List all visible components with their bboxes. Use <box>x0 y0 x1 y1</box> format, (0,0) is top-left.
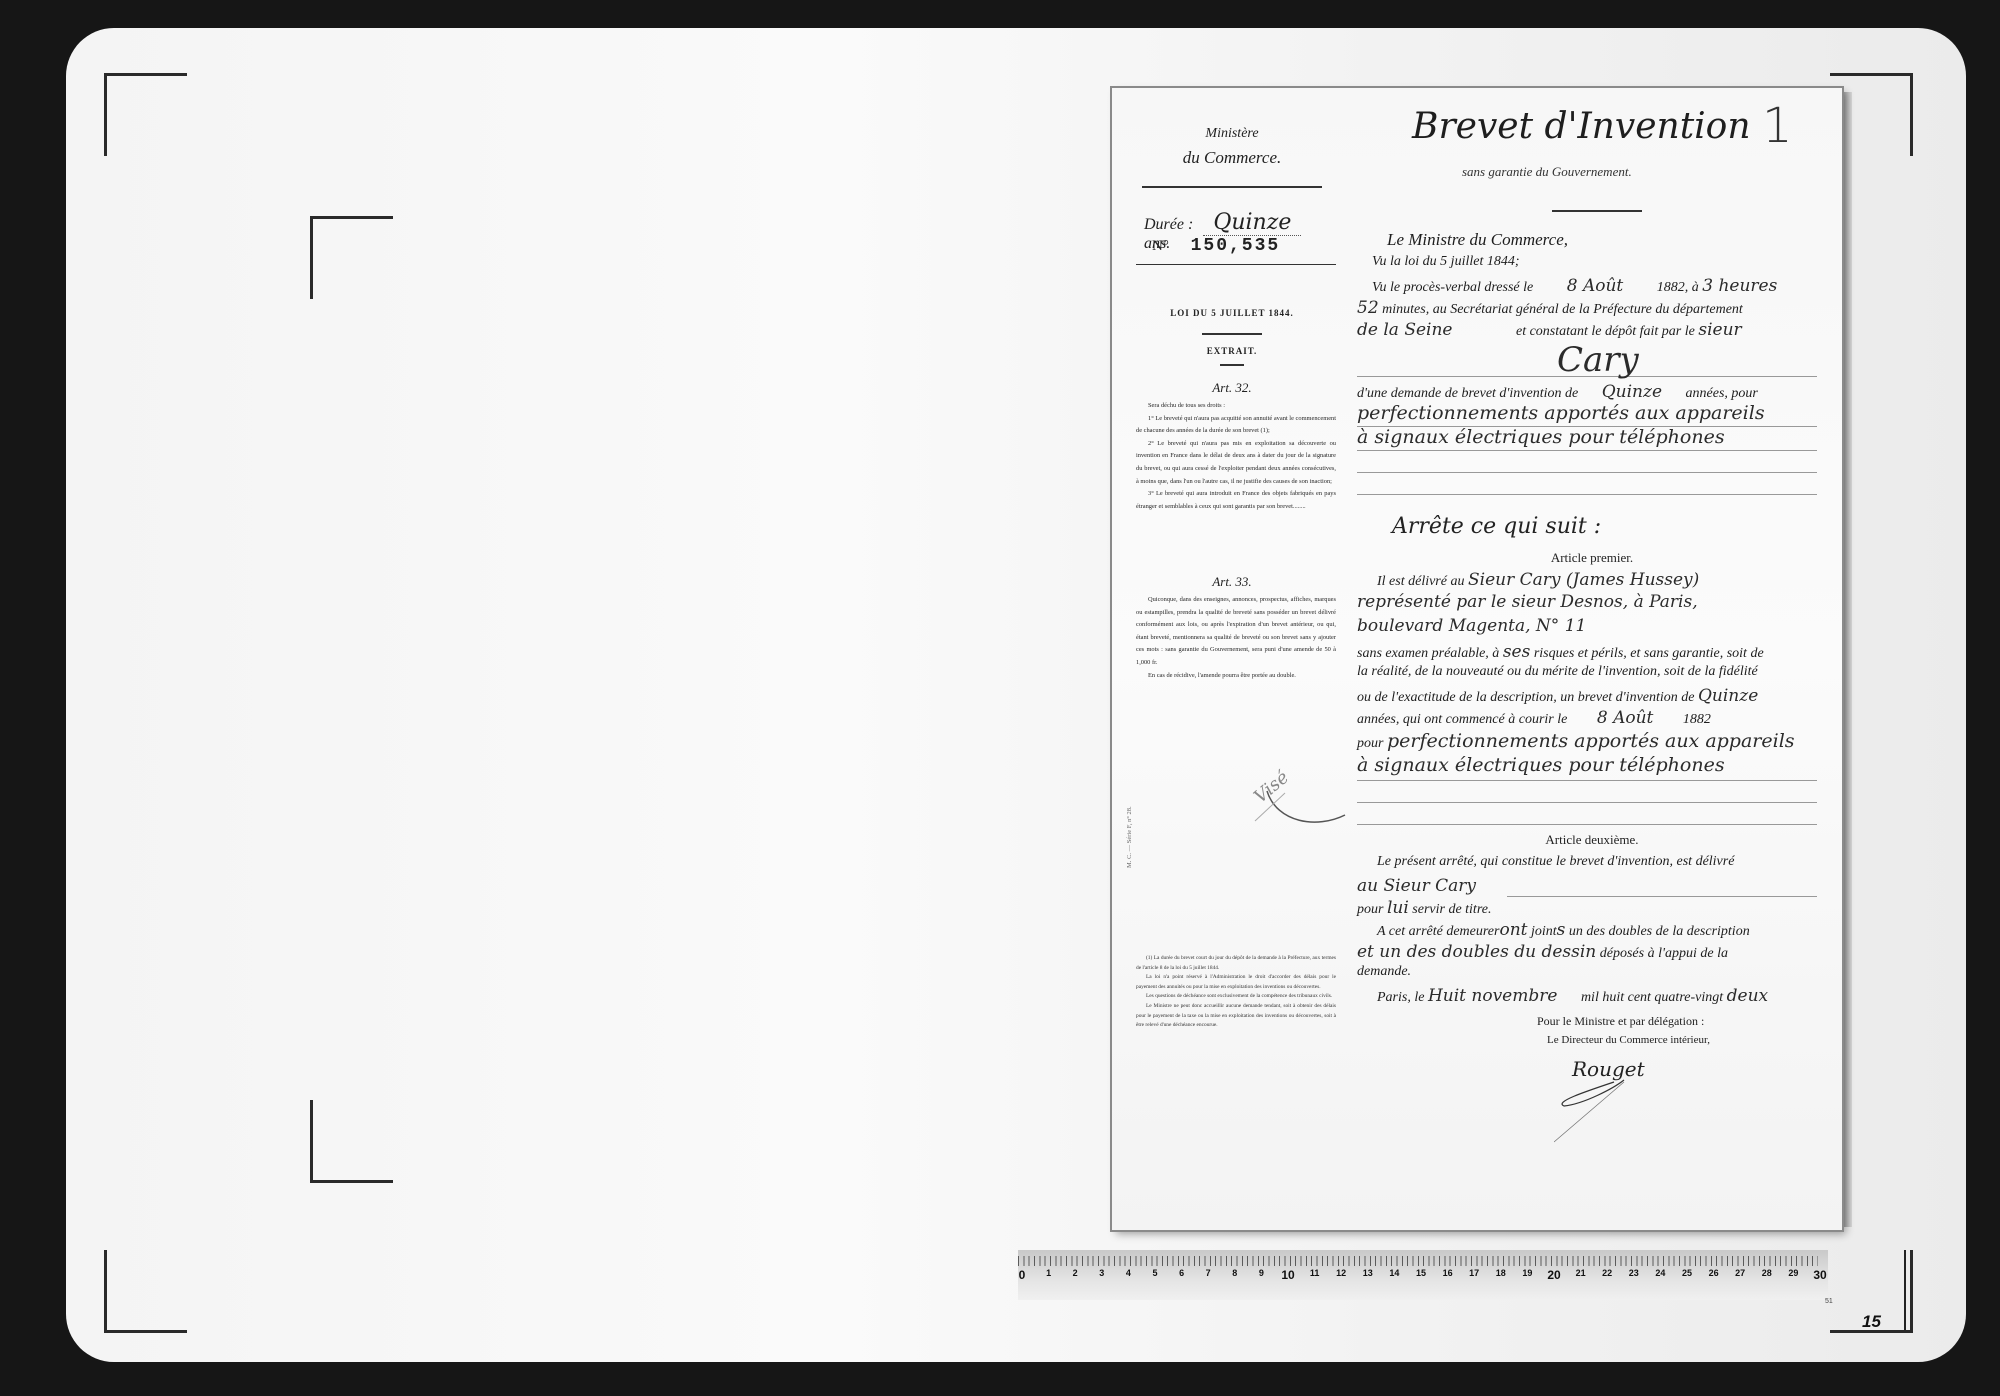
art1-beneficiary-line: Il est délivré au Sieur Cary (James Huss… <box>1377 570 1847 590</box>
art1-text-line2: la réalité, de la nouveauté ou du mérite… <box>1357 664 1827 680</box>
rule-line <box>1357 824 1817 825</box>
art1-duration: Quinze <box>1698 686 1758 706</box>
folio-number: 1 <box>1762 98 1793 154</box>
divider <box>1552 210 1642 212</box>
annex-line2: et un des doubles du dessin déposés à l'… <box>1357 942 1827 962</box>
art1-text-line3: ou de l'exactitude de la description, un… <box>1357 686 1827 706</box>
ministry-line2: du Commerce. <box>1132 148 1332 168</box>
article-32-text: Sera déchu de tous ses droits : 1° Le br… <box>1136 400 1336 513</box>
divider <box>1202 333 1262 335</box>
article-33-title: Art. 33. <box>1132 574 1332 590</box>
annex-line1: A cet arrêté demeureront joints un des d… <box>1377 920 1847 940</box>
issue-year: deux <box>1727 986 1768 1006</box>
invention-title-line1: perfectionnements apportés aux appareils <box>1357 402 1827 424</box>
art2-beneficiary: au Sieur Cary <box>1357 876 1827 896</box>
edge-line <box>1904 1250 1906 1330</box>
art1-invention-line1: pour perfectionnements apportés aux appa… <box>1357 730 1827 752</box>
demande-duration: Quinze <box>1582 382 1682 402</box>
rule-line <box>1507 896 1817 897</box>
pv-date: 8 Août <box>1537 276 1654 296</box>
patent-document: Ministère du Commerce. Durée : Quinze an… <box>1112 88 1842 1230</box>
crop-mark-bottom-left-inner <box>310 1100 393 1183</box>
pv-minutes: 52 <box>1357 298 1379 318</box>
stamp-mark: Visé <box>1237 763 1347 833</box>
art1-invention-line2: à signaux électriques pour téléphones <box>1357 754 1827 776</box>
article-1-title: Article premier. <box>1357 550 1827 566</box>
annex-line3: demande. <box>1357 964 1827 980</box>
rule-line <box>1357 802 1817 803</box>
delegation-line: Pour le Ministre et par délégation : <box>1537 1014 2000 1029</box>
crop-mark-top-left-inner <box>310 216 393 299</box>
divider <box>1220 364 1244 366</box>
art1-text-line1: sans examen préalable, à ses risques et … <box>1357 642 1827 662</box>
invention-title-line2: à signaux électriques pour téléphones <box>1357 426 1827 448</box>
rule-line <box>1357 472 1817 473</box>
svg-text:Rouget: Rouget <box>1571 1057 1646 1081</box>
law-reference: Vu la loi du 5 juillet 1844; <box>1372 254 1842 270</box>
signature: Rouget <box>1554 1046 1674 1146</box>
article-2-title: Article deuxième. <box>1357 832 1827 848</box>
article-32-title: Art. 32. <box>1132 380 1332 396</box>
crop-mark-top-left-outer <box>104 73 187 156</box>
art2-text: Le présent arrêté, qui constitue le brev… <box>1377 854 1847 870</box>
page-number: 15 <box>1862 1312 1881 1332</box>
demande-line: d'une demande de brevet d'invention de Q… <box>1357 382 1827 402</box>
article-33-text: Quiconque, dans des enseignes, annonces,… <box>1136 594 1336 682</box>
date-line: Paris, le Huit novembre mil huit cent qu… <box>1377 986 1847 1006</box>
sheet-edge <box>1842 92 1852 1227</box>
ruler-ticks <box>1018 1256 1818 1266</box>
crop-mark-bottom-left-outer <box>104 1250 187 1333</box>
art1-beneficiary: Sieur Cary (James Hussey) <box>1468 570 1699 590</box>
document-title: Brevet d'Invention <box>1412 106 1751 147</box>
issue-date: Huit novembre <box>1428 986 1577 1006</box>
art1-representative: représenté par le sieur Desnos, à Paris, <box>1357 592 1827 612</box>
department-value: de la Seine <box>1357 320 1512 340</box>
patent-number: N° 150,535 <box>1152 236 1342 256</box>
ruler-labels: 0 1 2 3 4 5 6 7 8 9 10 11 12 13 14 15 16… <box>1018 1268 1828 1284</box>
law-title: LOI DU 5 JUILLET 1844. <box>1132 308 1332 318</box>
arrete-heading: Arrête ce qui suit : <box>1392 514 1601 539</box>
pv-hour: 3 heures <box>1702 276 1777 296</box>
ministry-line1: Ministère <box>1132 126 1332 142</box>
divider <box>1142 186 1322 188</box>
measurement-ruler: 0 1 2 3 4 5 6 7 8 9 10 11 12 13 14 15 16… <box>1018 1250 1828 1300</box>
duration-value: Quinze <box>1203 210 1301 236</box>
footnotes: (1) La durée du brevet court du jour du … <box>1136 954 1336 1031</box>
extract-title: EXTRAIT. <box>1132 346 1332 356</box>
form-code: M. C. — Série F, n° 28. <box>1126 806 1133 868</box>
document-subtitle: sans garantie du Gouvernement. <box>1462 164 1632 180</box>
art2-titre-line: pour lui servir de titre. <box>1357 898 1827 918</box>
patent-number-value: 150,535 <box>1191 236 1281 256</box>
rule-line <box>1357 780 1817 781</box>
art1-start-line: années, qui ont commencé à courir le 8 A… <box>1357 708 1827 728</box>
minister-line: Le Ministre du Commerce, <box>1387 230 1857 250</box>
ruler-mark: 51 <box>1825 1298 1833 1305</box>
director-line: Le Directeur du Commerce intérieur, <box>1547 1034 2000 1046</box>
department-line: de la Seine et constatant le dépôt fait … <box>1357 320 1827 340</box>
art1-start-date: 8 Août <box>1571 708 1680 728</box>
proces-verbal-line-2: 52 minutes, au Secrétariat général de la… <box>1357 298 1827 318</box>
applicant-name: Cary <box>1557 340 1639 380</box>
rule-line <box>1357 494 1817 495</box>
rule-line <box>1357 450 1817 451</box>
art1-address: boulevard Magenta, N° 11 <box>1357 616 1827 636</box>
divider <box>1136 264 1336 265</box>
proces-verbal-line: Vu le procès-verbal dressé le 8 Août 188… <box>1372 276 1842 296</box>
